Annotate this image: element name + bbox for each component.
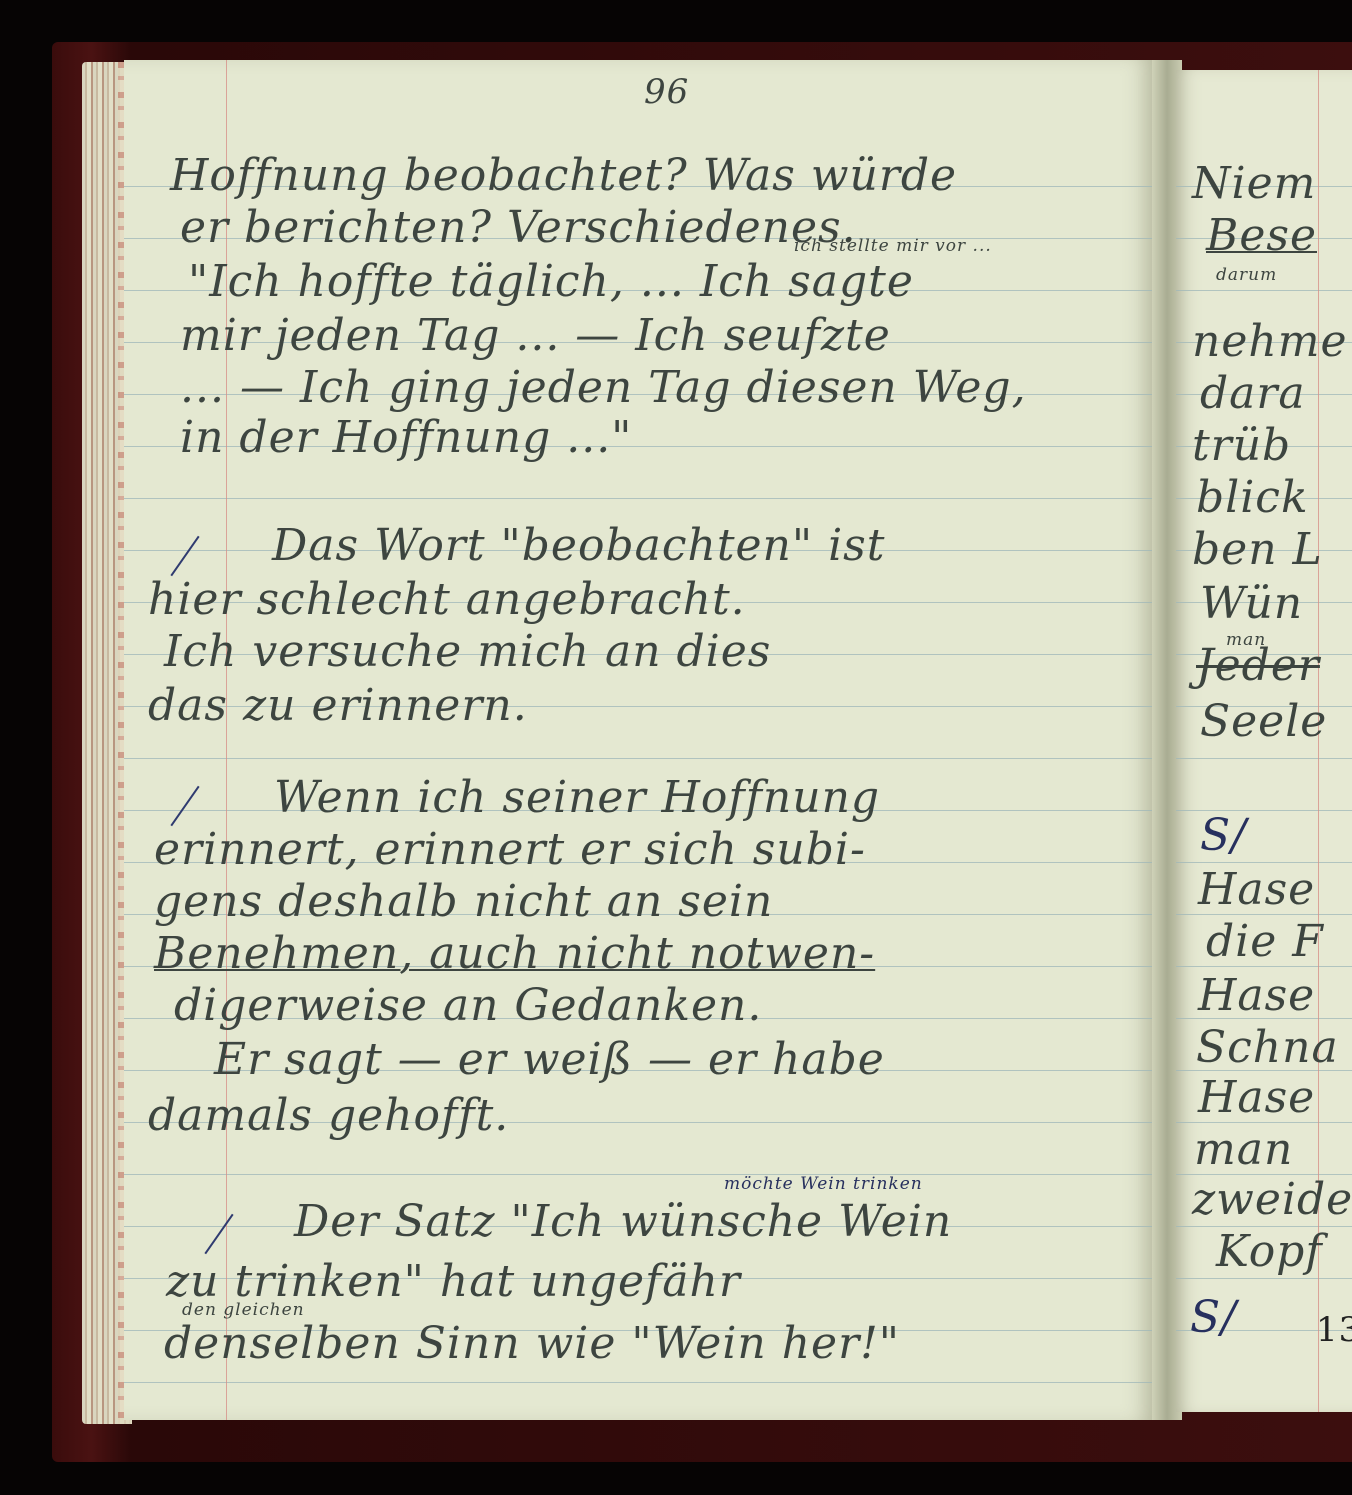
- text-line-14: Benehmen, auch nicht notwen-: [154, 928, 875, 979]
- fragment: Schna: [1196, 1022, 1339, 1073]
- text-line-20: denselben Sinn wie "Wein her!": [164, 1318, 900, 1369]
- fragment: Niem: [1192, 158, 1316, 209]
- margin-mark: [170, 786, 199, 826]
- fragment: Hase: [1198, 970, 1315, 1021]
- text-line-16: Er sagt — er weiß — er habe: [214, 1034, 885, 1085]
- fragment: nehme: [1192, 316, 1347, 367]
- text-line-18: Der Satz "Ich wünsche Wein: [294, 1196, 952, 1247]
- text-line-17: damals gehofft.: [148, 1090, 509, 1141]
- fragment: Wün: [1200, 578, 1303, 629]
- text-line-6: in der Hoffnung ...": [180, 412, 632, 463]
- fragment: Kopf: [1216, 1226, 1323, 1277]
- text-line-5: ... — Ich ging jeden Tag diesen Weg,: [180, 362, 1027, 413]
- text-line-4: mir jeden Tag ... — Ich seufzte: [180, 310, 891, 361]
- annotation-above-line-3: ich stellte mir vor ...: [794, 236, 992, 256]
- fragment: trüb: [1192, 420, 1291, 471]
- fragment: ben L: [1192, 524, 1323, 575]
- fragment: Hase: [1198, 1072, 1315, 1123]
- text-line-3: "Ich hoffte täglich, ... Ich sagte: [188, 256, 914, 307]
- text-line-7: Das Wort "beobachten" ist: [272, 520, 885, 571]
- text-line-10: das zu erinnern.: [148, 680, 528, 731]
- fragment: dara: [1200, 368, 1306, 419]
- fragment: die F: [1206, 916, 1324, 967]
- fragment: S/: [1190, 1292, 1237, 1343]
- ruled-line: [124, 1382, 1154, 1383]
- ruled-line: [124, 498, 1154, 499]
- ruled-line: [1176, 290, 1352, 291]
- ruled-line: [124, 1174, 1154, 1175]
- fragment: darum: [1216, 265, 1277, 285]
- ruled-line: [1176, 862, 1352, 863]
- fragment: Bese: [1206, 210, 1317, 261]
- text-line-13: gens deshalb nicht an sein: [154, 876, 773, 927]
- corner-number: 13: [1316, 1310, 1352, 1350]
- text-line-12: erinnert, erinnert er sich subi-: [154, 824, 866, 875]
- ruled-line: [1176, 758, 1352, 759]
- annotation-above-line-18: möchte Wein trinken: [724, 1174, 923, 1194]
- annotation-above-line-20: den gleichen: [182, 1300, 305, 1320]
- text-line-8: hier schlecht angebracht.: [148, 574, 746, 625]
- fragment: Seele: [1200, 696, 1327, 747]
- fragment: S/: [1200, 810, 1247, 861]
- fragment: Hase: [1198, 864, 1315, 915]
- fragment: zweiden: [1192, 1174, 1352, 1225]
- text-line-9: Ich versuche mich an dies: [164, 626, 771, 677]
- fragment-struck: Jeder: [1196, 640, 1320, 691]
- page-number: 96: [644, 72, 689, 112]
- text-line-15: digerweise an Gedanken.: [174, 980, 762, 1031]
- ruled-line: [124, 758, 1154, 759]
- margin-mark: [204, 1214, 233, 1254]
- text-line-11: Wenn ich seiner Hoffnung: [274, 772, 880, 823]
- ruled-line: [1176, 1278, 1352, 1279]
- right-page: Niem Bese darum nehme dara trüb blick be…: [1176, 70, 1352, 1412]
- margin-mark: [170, 536, 199, 576]
- fragment: blick: [1196, 472, 1309, 523]
- fragment: man: [1194, 1124, 1293, 1175]
- text-line-1: Hoffnung beobachtet? Was würde: [170, 150, 957, 201]
- left-page: 96 Hoffnung beobachtet? Was würde er ber…: [124, 60, 1154, 1420]
- text-line-2: er berichten? Verschiedenes.: [180, 202, 857, 253]
